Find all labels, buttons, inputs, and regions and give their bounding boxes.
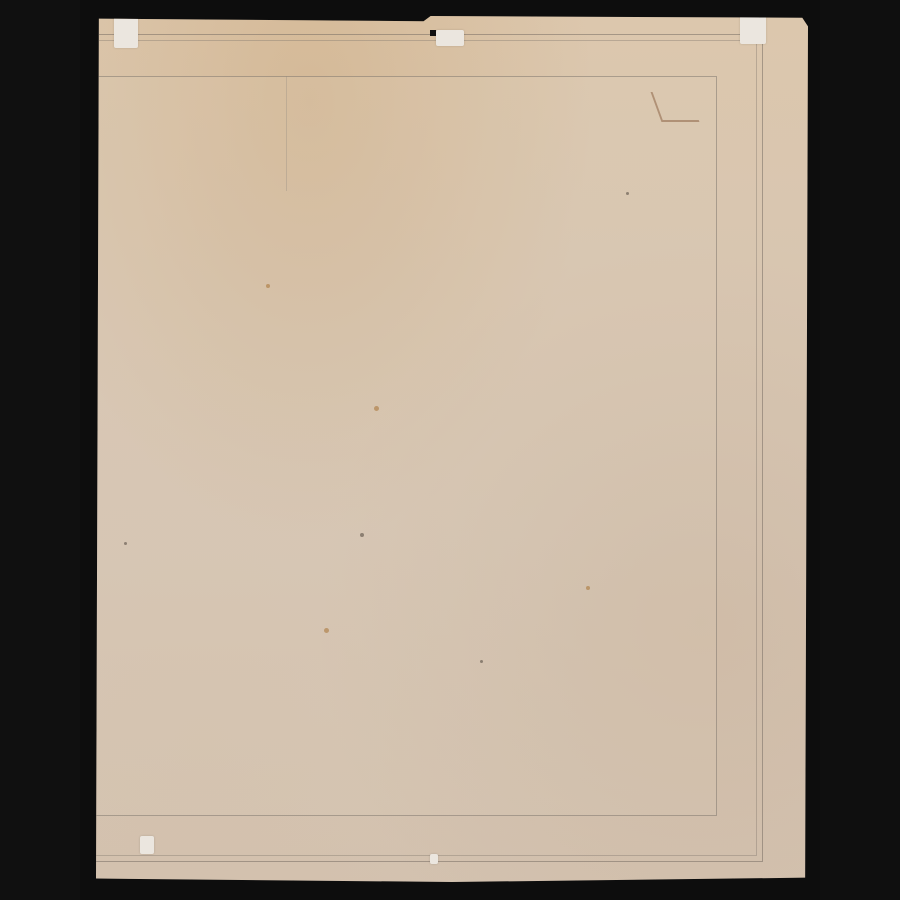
- dirt-speck: [480, 660, 483, 663]
- inner-sheet-outline: [96, 76, 717, 816]
- hinge-tab-top-right: [740, 16, 766, 44]
- background-right-edge: [820, 0, 900, 900]
- hinge-tab-top-center: [436, 30, 464, 46]
- paper-crease: [286, 76, 287, 191]
- foxing-spot: [324, 628, 329, 633]
- hinge-tab-bottom-left: [140, 836, 154, 854]
- foxing-spot: [374, 406, 379, 411]
- dirt-speck: [360, 533, 364, 537]
- foxing-spot: [266, 284, 270, 288]
- paper-sheet: [96, 16, 808, 882]
- foxing-spot: [586, 586, 590, 590]
- dirt-speck: [124, 542, 127, 545]
- hinge-tab-top-left: [114, 16, 138, 48]
- dirt-speck: [626, 192, 629, 195]
- background-left-edge: [0, 0, 80, 900]
- hinge-tab-bottom-center: [430, 854, 438, 864]
